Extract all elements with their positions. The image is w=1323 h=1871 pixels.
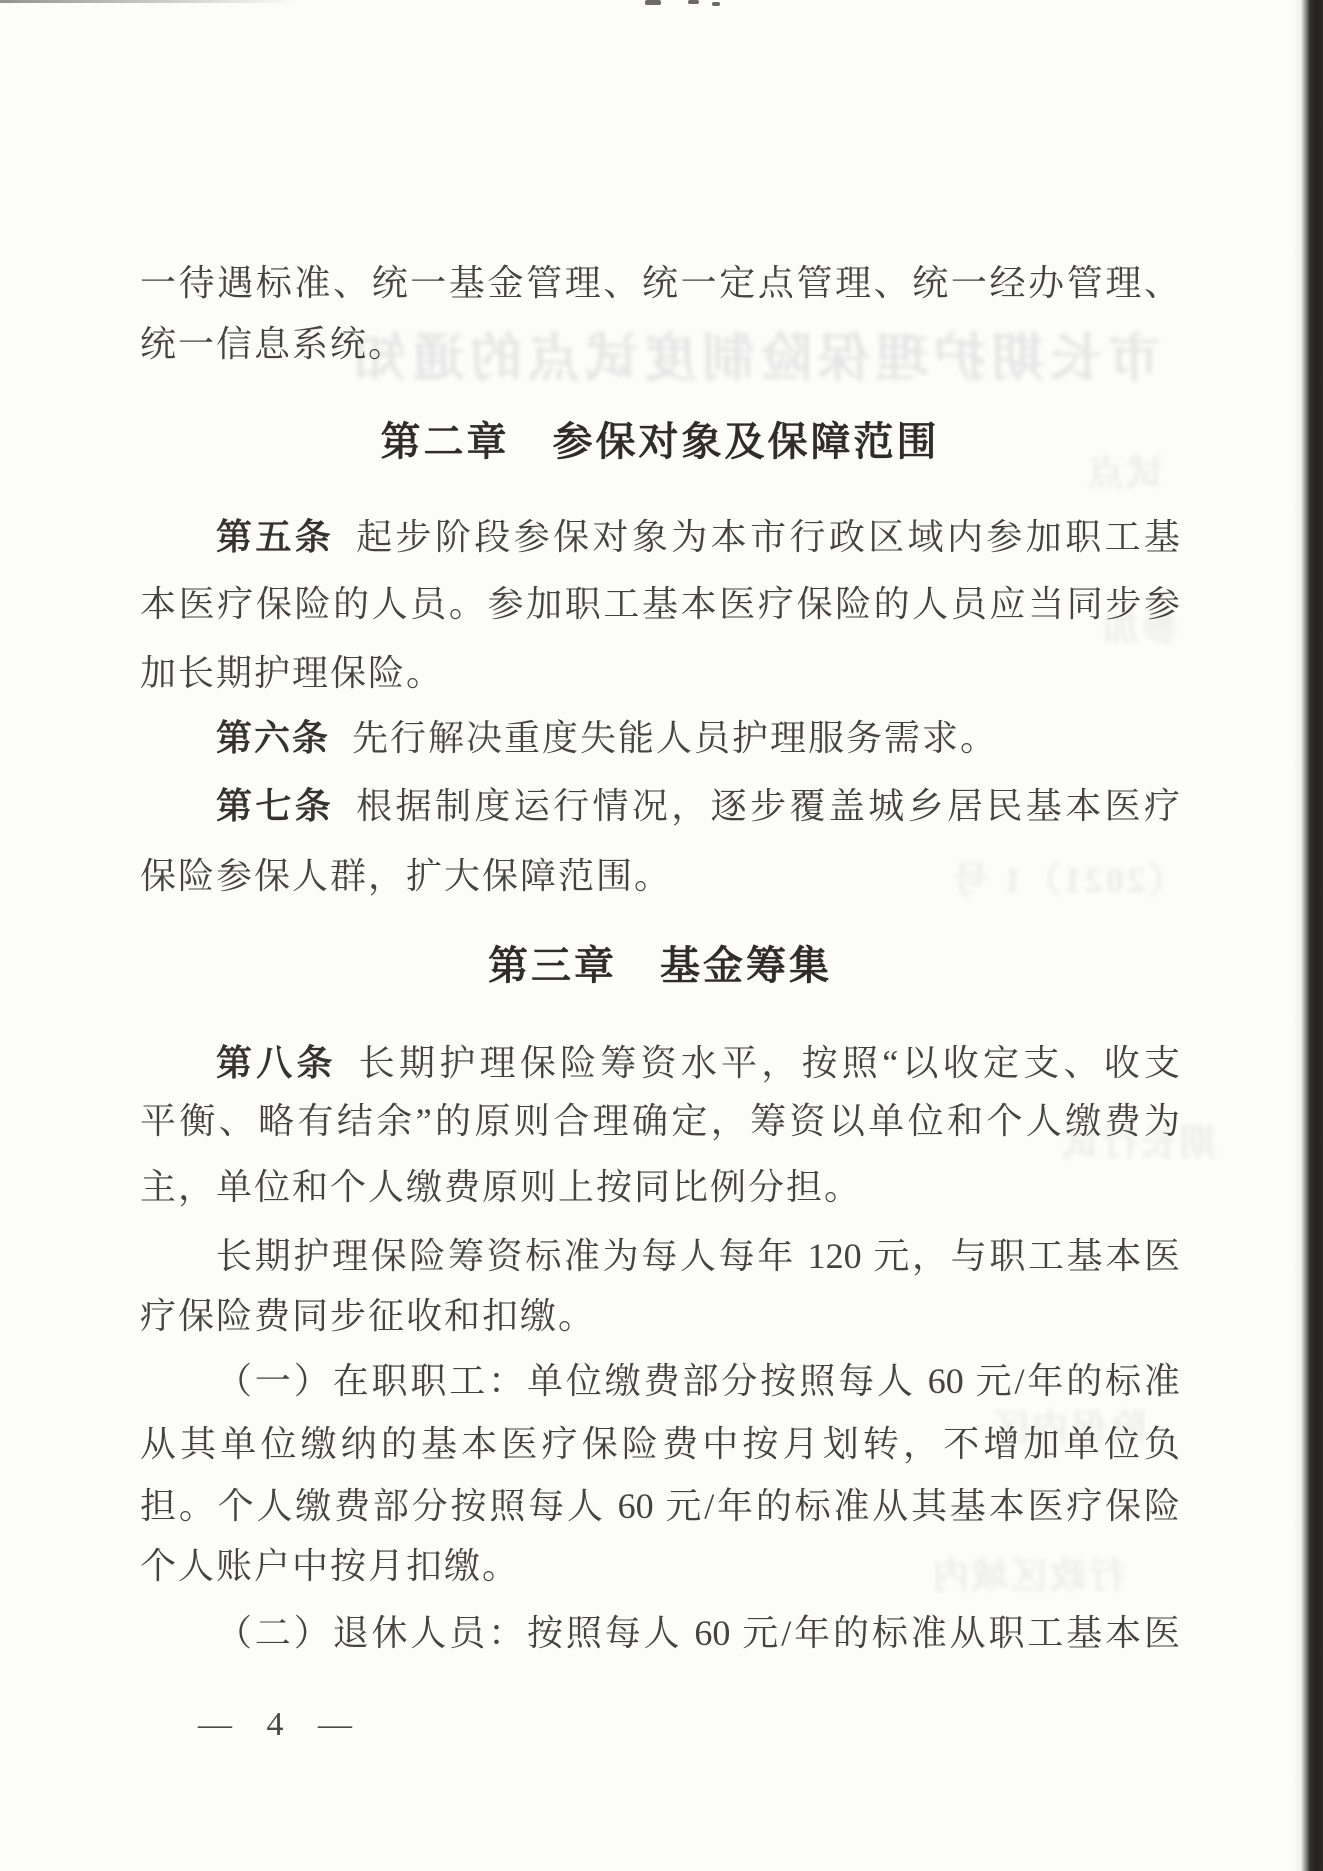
line-text: （二）退休人员：按照每人 60 元/年的标准从职工基本医 [216,1613,1180,1653]
text-line: 长期护理保险筹资标准为每人每年 120 元，与职工基本医 [140,1230,1180,1282]
text-line: 本医疗保险的人员。参加职工基本医疗保险的人员应当同步参 [140,578,1180,630]
text-line: 第七条根据制度运行情况，逐步覆盖城乡居民基本医疗 [140,780,1180,832]
page-number: — 4 — [198,1706,360,1744]
article-number: 第八条 [216,1043,337,1083]
article-number: 第七条 [216,786,334,826]
text-line: 统一信息系统。 [140,318,1180,370]
text-line: 平衡、略有结余”的原则合理确定，筹资以单位和个人缴费为 [140,1095,1180,1147]
line-text: 担。个人缴费部分按照每人 60 元/年的标准从其基本医疗保险 [140,1486,1180,1526]
chapter-heading: 第二章 参保对象及保障范围 [140,416,1180,468]
line-text: 疗保险费同步征收和扣缴。 [140,1296,596,1336]
line-text: 统一信息系统。 [140,324,406,364]
text-line: 个人账户中按月扣缴。 [140,1540,1180,1592]
line-text: （一）在职职工：单位缴费部分按照每人 60 元/年的标准 [216,1361,1180,1401]
line-text: 一待遇标准、统一基金管理、统一定点管理、统一经办管理、 [140,263,1180,303]
line-text: 长期护理保险筹资水平，按照“以收定支、收支 [359,1043,1180,1083]
scan-speck [645,0,661,5]
line-text: 保险参保人群，扩大保障范围。 [140,856,672,896]
chapter-heading: 第三章 基金筹集 [140,940,1180,992]
text-line: （一）在职职工：单位缴费部分按照每人 60 元/年的标准 [140,1355,1180,1407]
line-text: 本医疗保险的人员。参加职工基本医疗保险的人员应当同步参 [140,584,1180,624]
document-page: 市长期护理保险制度试点的通知 试点 参加 （2021）1 号 期长行试 险保内区… [0,0,1323,1871]
article-number: 第六条 [216,718,330,758]
line-text: 先行解决重度失能人员护理服务需求。 [352,718,998,758]
text-line: 加长期护理保险。 [140,647,1180,699]
line-text: 第三章 基金筹集 [488,943,832,988]
text-line: 第五条起步阶段参保对象为本市行政区域内参加职工基 [140,511,1180,563]
line-text: 从其单位缴纳的基本医疗保险费中按月划转，不增加单位负 [140,1424,1180,1464]
article-number: 第五条 [216,517,334,557]
scan-edge-top [0,0,300,3]
line-text: 主，单位和个人缴费原则上按同比例分担。 [140,1167,862,1207]
text-line: 主，单位和个人缴费原则上按同比例分担。 [140,1161,1180,1213]
line-text: 加长期护理保险。 [140,653,444,693]
line-text: 长期护理保险筹资标准为每人每年 120 元，与职工基本医 [216,1236,1180,1276]
scan-speck [688,0,699,4]
line-text: 起步阶段参保对象为本市行政区域内参加职工基 [356,517,1180,557]
scan-edge-right [1301,0,1323,1871]
text-line: 第八条长期护理保险筹资水平，按照“以收定支、收支 [140,1037,1180,1089]
text-line: 疗保险费同步征收和扣缴。 [140,1290,1180,1342]
text-line: 从其单位缴纳的基本医疗保险费中按月划转，不增加单位负 [140,1418,1180,1470]
text-line: 一待遇标准、统一基金管理、统一定点管理、统一经办管理、 [140,257,1180,309]
text-line: （二）退休人员：按照每人 60 元/年的标准从职工基本医 [140,1607,1180,1659]
text-line: 第六条先行解决重度失能人员护理服务需求。 [140,712,1180,764]
line-text: 个人账户中按月扣缴。 [140,1546,520,1586]
text-line: 保险参保人群，扩大保障范围。 [140,850,1180,902]
line-text: 平衡、略有结余”的原则合理确定，筹资以单位和个人缴费为 [140,1101,1180,1141]
line-text: 根据制度运行情况，逐步覆盖城乡居民基本医疗 [356,786,1180,826]
text-line: 担。个人缴费部分按照每人 60 元/年的标准从其基本医疗保险 [140,1480,1180,1532]
line-text: 第二章 参保对象及保障范围 [381,419,940,464]
scan-speck [712,2,720,6]
